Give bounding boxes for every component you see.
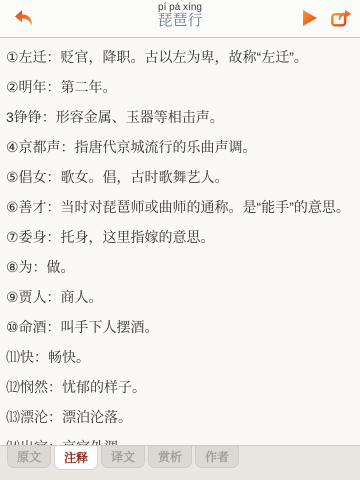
share-icon xyxy=(330,7,352,29)
annotations-list[interactable]: ①左迁：贬官，降职。古以左为卑，故称“左迁”。 ②明年：第二年。 3铮铮：形容金… xyxy=(0,38,360,446)
tab-item[interactable]: 原文 xyxy=(7,446,51,468)
share-button[interactable] xyxy=(330,7,352,29)
annotation-item: ②明年：第二年。 xyxy=(6,72,354,102)
header: pí pá xíng 琵琶行 xyxy=(0,0,360,38)
tab-item[interactable]: 译文 xyxy=(101,446,145,468)
annotation-item: ⑥善才：当时对琵琶师或曲师的通称。是“能手”的意思。 xyxy=(6,192,354,222)
header-actions xyxy=(298,7,352,29)
bottom-tabbar: 原文 注释 译文 赏析 作者 xyxy=(0,445,360,480)
annotation-item: ⑩命酒：叫手下人摆酒。 xyxy=(6,312,354,342)
annotation-item: 3铮铮：形容金属、玉器等相击声。 xyxy=(6,102,354,132)
annotation-item: ⑤倡女：歌女。倡，古时歌舞艺人。 xyxy=(6,162,354,192)
annotation-item: ⒁出官：京官外调。 xyxy=(6,432,354,446)
tab-item[interactable]: 赏析 xyxy=(148,446,192,468)
annotation-item: ⑾快：畅快。 xyxy=(6,342,354,372)
annotation-item: ⑦委身：托身，这里指嫁的意思。 xyxy=(6,222,354,252)
tab-item[interactable]: 注释 xyxy=(54,446,98,470)
annotation-item: ⑿悯然：忧郁的样子。 xyxy=(6,372,354,402)
app-screen: pí pá xíng 琵琶行 xyxy=(0,0,360,480)
annotation-item: ⑧为：做。 xyxy=(6,252,354,282)
annotation-item: ④京都声：指唐代京城流行的乐曲声调。 xyxy=(6,132,354,162)
tab-item[interactable]: 作者 xyxy=(195,446,239,468)
play-icon xyxy=(298,7,320,29)
annotation-item: ①左迁：贬官，降职。古以左为卑，故称“左迁”。 xyxy=(6,42,354,72)
play-button[interactable] xyxy=(298,7,320,29)
tabs-row: 原文 注释 译文 赏析 作者 xyxy=(0,446,360,470)
annotation-item: ⑨贾人：商人。 xyxy=(6,282,354,312)
annotation-item: ⒀漂沦：漂泊沦落。 xyxy=(6,402,354,432)
